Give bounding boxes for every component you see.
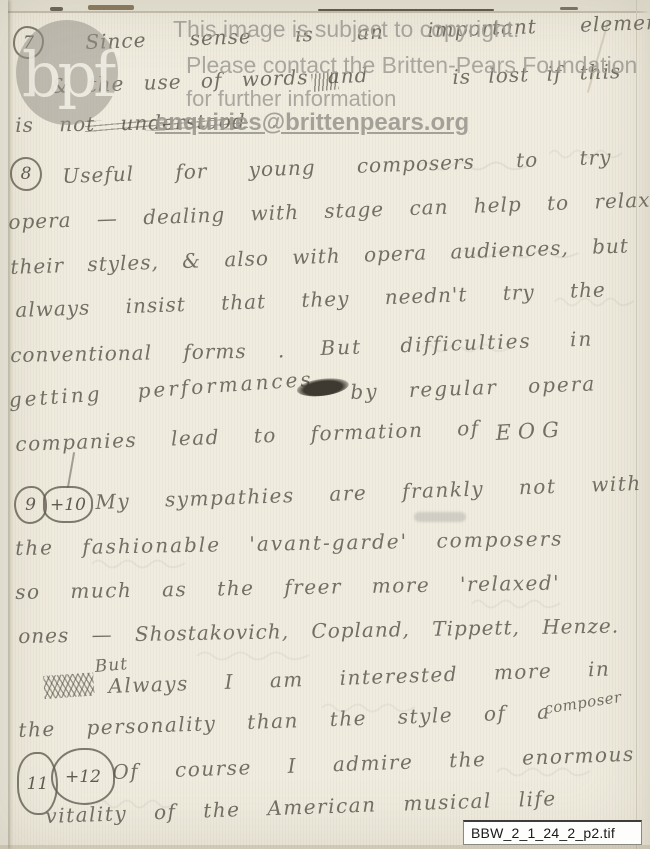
handwritten-line: But difficulties in [320,326,594,360]
circled-number: +10 [43,486,93,523]
handwritten-line: composer [543,688,623,718]
handwritten-line: Of course I admire the enormous [112,742,635,784]
handwritten-line: opera — dealing with stage can help to r… [8,188,650,234]
scribbled-out-word [43,673,94,699]
handwritten-line: My sympathies are frankly not with [95,471,642,514]
handwritten-line: ones — Shostakovich, Copland, Tippett, H… [18,614,619,648]
handwritten-line: their styles, & also with opera audience… [10,233,629,279]
bpf-logo: bpf [16,20,118,125]
watermark-email: enquiries@brittenpears.org [155,109,469,137]
watermark-contact-line: Please contact the Britten-Pears Foundat… [186,52,637,79]
handwritten-line: companies lead to formation of [15,416,480,456]
scanned-manuscript-page: Since sense is an important element& the… [0,0,650,849]
handwritten-line: conventional forms . [10,338,286,367]
circled-number: +12 [51,748,115,805]
watermark-copyright-line: This image is subject to copyright. [173,16,519,43]
circled-number: 8 [10,157,42,191]
handwritten-line: the fashionable 'avant-garde' composers [15,526,564,560]
handwritten-line: Always I am interested more in [108,656,611,698]
handwritten-line: always insist that they needn't try the [15,277,606,322]
handwritten-line: getting performances [8,367,314,412]
handwritten-line: by regular opera [350,371,597,404]
filename-label: BBW_2_1_24_2_p2.tif [463,820,642,845]
bpf-logo-text: bpf [22,44,112,106]
handwritten-line: the personality than the style of a [18,699,551,742]
handwritten-line: so much as the freer more 'relaxed' [15,570,560,604]
handwritten-line: Useful for young composers to try [62,145,612,188]
handwritten-line: EOG [495,417,566,445]
